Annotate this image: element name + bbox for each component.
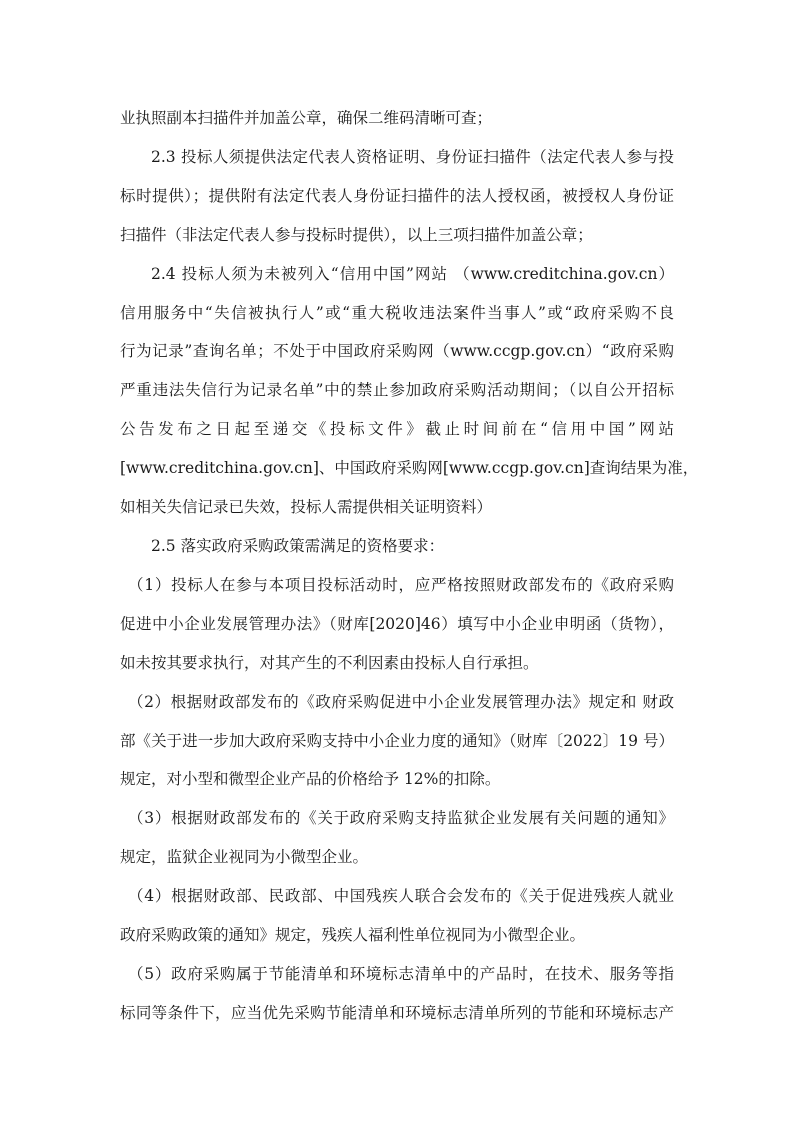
text-line: 政府采购政策的通知》规定，残疾人福利性单位视同为小微型企业。 <box>120 916 674 955</box>
text-line: 2.5 落实政府采购政策需满足的资格要求： <box>120 527 674 566</box>
text-line: 促进中小企业发展管理办法》（财库[2020]46）填写中小企业申明函（货物）， <box>120 605 674 644</box>
text-line: 规定，对小型和微型企业产品的价格给予 12%的扣除。 <box>120 760 674 799</box>
text-line: （3）根据财政部发布的《关于政府采购支持监狱企业发展有关问题的通知》 <box>120 799 674 838</box>
paragraph-2-2-continuation: 业执照副本扫描件并加盖公章，确保二维码清晰可查； <box>120 99 674 138</box>
document-page: 业执照副本扫描件并加盖公章，确保二维码清晰可查； 2.3 投标人须提供法定代表人… <box>120 99 674 1033</box>
paragraph-2-5-heading: 2.5 落实政府采购政策需满足的资格要求： <box>120 527 674 566</box>
list-item-5: （5）政府采购属于节能清单和环境标志清单中的产品时，在技术、服务等指 标同等条件… <box>120 955 674 1033</box>
paragraph-2-4: 2.4 投标人须为未被列入“信用中国”网站 （www.creditchina.g… <box>120 255 674 527</box>
text-line: 如未按其要求执行，对其产生的不利因素由投标人自行承担。 <box>120 644 674 683</box>
text-line: （4）根据财政部、民政部、中国残疾人联合会发布的《关于促进残疾人就业 <box>120 877 674 916</box>
text-line: 标时提供）；提供附有法定代表人身份证扫描件的法人授权函，被授权人身份证 <box>120 177 674 216</box>
text-line: 标同等条件下，应当优先采购节能清单和环境标志清单所列的节能和环境标志产 <box>120 994 674 1033</box>
text-line: 部《关于进一步加大政府采购支持中小企业力度的通知》（财库〔2022〕19 号） <box>120 722 674 761</box>
list-item-3: （3）根据财政部发布的《关于政府采购支持监狱企业发展有关问题的通知》 规定，监狱… <box>120 799 674 877</box>
text-line: 行为记录”查询名单；不处于中国政府采购网（www.ccgp.gov.cn）“政府… <box>120 332 674 371</box>
text-line: （2）根据财政部发布的《政府采购促进中小企业发展管理办法》规定和 财政 <box>120 683 674 722</box>
text-line: 规定，监狱企业视同为小微型企业。 <box>120 838 674 877</box>
text-line: 2.4 投标人须为未被列入“信用中国”网站 （www.creditchina.g… <box>120 255 674 294</box>
text-line: 2.3 投标人须提供法定代表人资格证明、身份证扫描件（法定代表人参与投 <box>120 138 674 177</box>
text-line: 公告发布之日起至递交《投标文件》截止时间前在“信用中国”网站 <box>120 410 674 449</box>
text-line: 扫描件（非法定代表人参与投标时提供），以上三项扫描件加盖公章； <box>120 216 674 255</box>
list-item-2: （2）根据财政部发布的《政府采购促进中小企业发展管理办法》规定和 财政 部《关于… <box>120 683 674 800</box>
text-line: 如相关失信记录已失效，投标人需提供相关证明资料） <box>120 488 674 527</box>
text-line: （1）投标人在参与本项目投标活动时，应严格按照财政部发布的《政府采购 <box>120 566 674 605</box>
list-item-1: （1）投标人在参与本项目投标活动时，应严格按照财政部发布的《政府采购 促进中小企… <box>120 566 674 683</box>
text-line: [www.creditchina.gov.cn]、中国政府采购网[www.ccg… <box>120 449 674 488</box>
text-line: （5）政府采购属于节能清单和环境标志清单中的产品时，在技术、服务等指 <box>120 955 674 994</box>
text-line: 严重违法失信行为记录名单”中的禁止参加政府采购活动期间；（以自公开招标 <box>120 371 674 410</box>
text-line: 业执照副本扫描件并加盖公章，确保二维码清晰可查； <box>120 99 674 138</box>
paragraph-2-3: 2.3 投标人须提供法定代表人资格证明、身份证扫描件（法定代表人参与投 标时提供… <box>120 138 674 255</box>
text-line: 信用服务中“失信被执行人”或“重大税收违法案件当事人”或“政府采购不良 <box>120 294 674 333</box>
list-item-4: （4）根据财政部、民政部、中国残疾人联合会发布的《关于促进残疾人就业 政府采购政… <box>120 877 674 955</box>
